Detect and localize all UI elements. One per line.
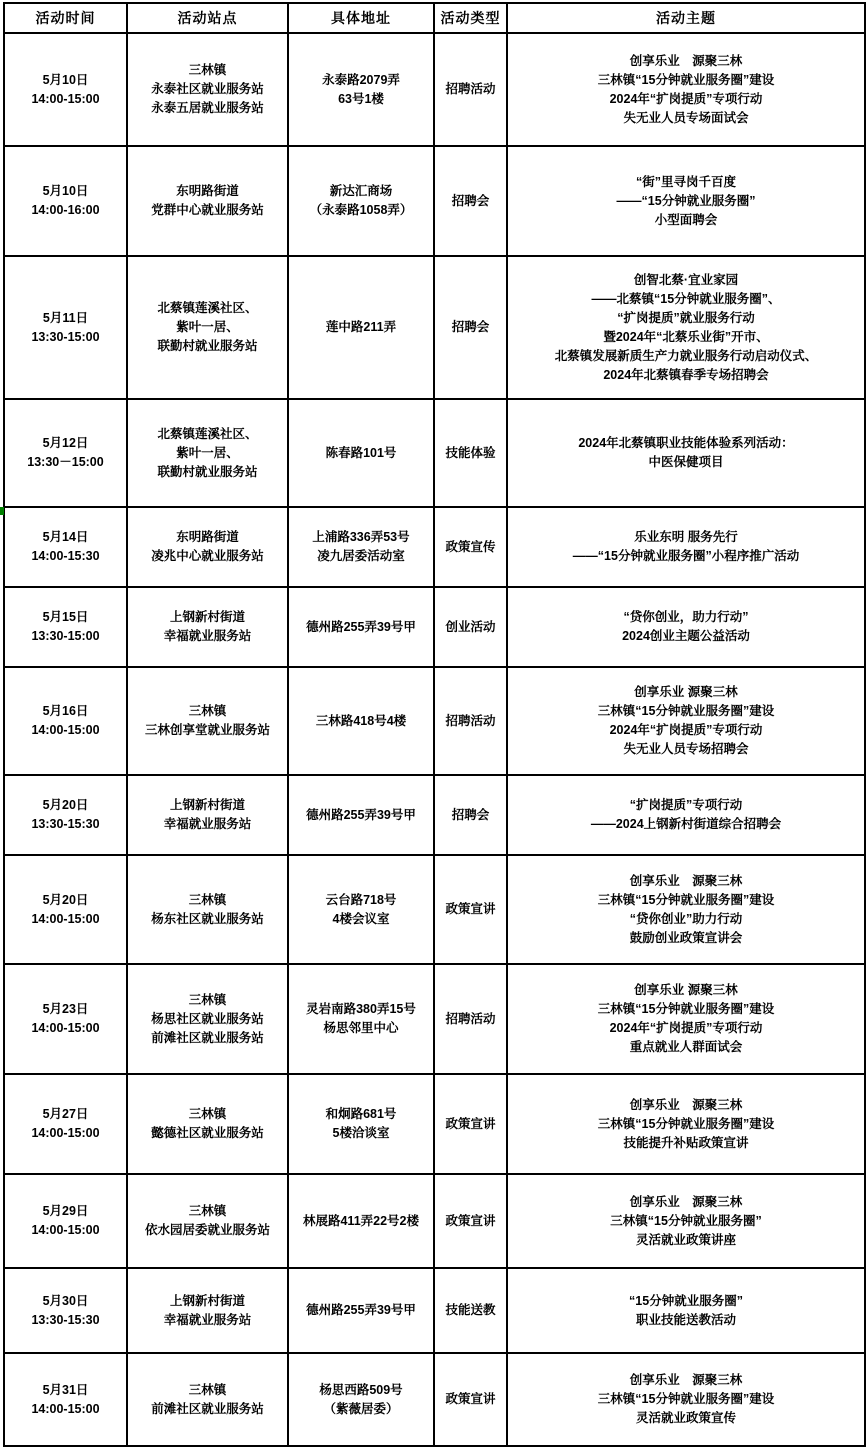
cell-address: 德州路255弄39号甲 [288,775,434,855]
cell-line: 13:30-15:00 [8,328,123,347]
cell-line: 联勤村就业服务站 [131,337,284,356]
cell-line: 5月23日 [8,1000,123,1019]
cell-line: 重点就业人群面试会 [511,1038,861,1057]
cell-time: 5月10日14:00-15:00 [4,33,127,146]
cell-line: ——2024上钢新村街道综合招聘会 [511,815,861,834]
cell-line: 招聘活动 [438,1010,503,1029]
cell-line: 创享乐业 源聚三林 [511,872,861,891]
cell-site: 三林镇依水园居委就业服务站 [127,1174,288,1268]
cell-line: 14:00-15:00 [8,721,123,740]
cell-line: 上浦路336弄53号 [292,528,430,547]
cell-address: 林展路411弄22号2楼 [288,1174,434,1268]
cell-line: 三林镇 [131,1381,284,1400]
cell-address: 德州路255弄39号甲 [288,1268,434,1353]
cell-line: 4楼会议室 [292,910,430,929]
cell-line: 小型面聘会 [511,211,861,230]
cell-theme: 乐业东明 服务先行——“15分钟就业服务圈”小程序推广活动 [507,507,865,587]
cell-line: 上钢新村街道 [131,608,284,627]
cell-line: 三林镇“15分钟就业服务圈”建设 [511,71,861,90]
table-body: 5月10日14:00-15:00三林镇永泰社区就业服务站永泰五居就业服务站永泰路… [4,33,865,1446]
cell-type: 政策宣讲 [434,1174,507,1268]
table-row: 5月27日14:00-15:00三林镇懿德社区就业服务站和炯路681号5楼洽谈室… [4,1074,865,1174]
cell-line: 招聘会 [438,318,503,337]
cell-line: 14:00-15:00 [8,1124,123,1143]
cell-type: 政策宣讲 [434,1353,507,1446]
cell-time: 5月23日14:00-15:00 [4,964,127,1074]
cell-line: 幸福就业服务站 [131,627,284,646]
cell-line: 上钢新村街道 [131,1292,284,1311]
cell-line: （紫薇居委） [292,1400,430,1419]
cell-line: 14:00-15:00 [8,910,123,929]
cell-address: 新达汇商场（永泰路1058弄） [288,146,434,256]
cell-theme: 创享乐业 源聚三林三林镇“15分钟就业服务圈”建设“贷你创业”助力行动鼓励创业政… [507,855,865,964]
cell-site: 三林镇杨思社区就业服务站前滩社区就业服务站 [127,964,288,1074]
cell-line: 5月27日 [8,1105,123,1124]
cell-time: 5月20日14:00-15:00 [4,855,127,964]
cell-line: 三林镇 [131,1105,284,1124]
cell-time: 5月10日14:00-16:00 [4,146,127,256]
cell-line: 5月10日 [8,182,123,201]
cell-line: 紫叶一居、 [131,318,284,337]
cell-line: 杨东社区就业服务站 [131,910,284,929]
table-row: 5月10日14:00-15:00三林镇永泰社区就业服务站永泰五居就业服务站永泰路… [4,33,865,146]
cell-line: 灵活就业政策讲座 [511,1231,861,1250]
cell-address: 三林路418号4楼 [288,667,434,775]
cell-line: 政策宣讲 [438,900,503,919]
cell-line: 杨思邻里中心 [292,1019,430,1038]
cell-time: 5月12日13:30－15:00 [4,399,127,507]
document-sheet: 活动时间 活动站点 具体地址 活动类型 活动主题 5月10日14:00-15:0… [0,2,866,1454]
cell-time: 5月14日14:00-15:30 [4,507,127,587]
cell-address: 和炯路681号5楼洽谈室 [288,1074,434,1174]
header-activity-type: 活动类型 [434,3,507,33]
cell-line: 13:30－15:00 [8,453,123,472]
cell-line: 5月12日 [8,434,123,453]
cell-line: “街”里寻岗千百度 [511,173,861,192]
cell-theme: 创享乐业 源聚三林三林镇“15分钟就业服务圈”建设灵活就业政策宣传 [507,1353,865,1446]
cell-line: 东明路街道 [131,528,284,547]
cell-address: 永泰路2079弄63号1楼 [288,33,434,146]
cell-type: 招聘活动 [434,33,507,146]
cell-line: 招聘会 [438,806,503,825]
table-row: 5月14日14:00-15:30东明路街道凌兆中心就业服务站上浦路336弄53号… [4,507,865,587]
cell-line: 三林镇“15分钟就业服务圈”建设 [511,702,861,721]
cell-type: 技能体验 [434,399,507,507]
cell-line: 14:00-15:30 [8,547,123,566]
cell-address: 杨思西路509号（紫薇居委） [288,1353,434,1446]
table-row: 5月12日13:30－15:00北蔡镇莲溪社区、紫叶一居、联勤村就业服务站陈春路… [4,399,865,507]
cell-address: 德州路255弄39号甲 [288,587,434,667]
cell-line: 幸福就业服务站 [131,1311,284,1330]
cell-line: 2024年“扩岗提质”专项行动 [511,90,861,109]
cell-line: 永泰社区就业服务站 [131,80,284,99]
cell-time: 5月30日13:30-15:30 [4,1268,127,1353]
cell-type: 政策宣讲 [434,855,507,964]
cell-site: 三林镇前滩社区就业服务站 [127,1353,288,1446]
cell-line: 紫叶一居、 [131,444,284,463]
cell-line: 技能提升补贴政策宣讲 [511,1134,861,1153]
cell-line: 三林镇“15分钟就业服务圈” [511,1212,861,1231]
cell-time: 5月27日14:00-15:00 [4,1074,127,1174]
cell-theme: “扩岗提质”专项行动——2024上钢新村街道综合招聘会 [507,775,865,855]
cell-line: 凌兆中心就业服务站 [131,547,284,566]
cell-address: 上浦路336弄53号凌九居委活动室 [288,507,434,587]
cell-line: 凌九居委活动室 [292,547,430,566]
cell-line: 63号1楼 [292,90,430,109]
cell-line: 前滩社区就业服务站 [131,1029,284,1048]
table-row: 5月15日13:30-15:00上钢新村街道幸福就业服务站德州路255弄39号甲… [4,587,865,667]
cell-line: 5月30日 [8,1292,123,1311]
cell-line: ——北蔡镇“15分钟就业服务圈”、 [511,290,861,309]
cell-line: 三林创享堂就业服务站 [131,721,284,740]
cell-line: 5月15日 [8,608,123,627]
cell-line: 5月16日 [8,702,123,721]
cell-line: 5月10日 [8,71,123,90]
cell-line: 5月29日 [8,1202,123,1221]
cell-line: 2024年“扩岗提质”专项行动 [511,1019,861,1038]
cell-line: 陈春路101号 [292,444,430,463]
cell-theme: “贷你创业，助力行动”2024创业主题公益活动 [507,587,865,667]
cell-line: 新达汇商场 [292,182,430,201]
cell-line: 三林镇“15分钟就业服务圈”建设 [511,891,861,910]
cell-time: 5月29日14:00-15:00 [4,1174,127,1268]
cell-line: 北蔡镇莲溪社区、 [131,425,284,444]
cell-line: 5月20日 [8,891,123,910]
cell-line: 政策宣传 [438,538,503,557]
header-activity-time: 活动时间 [4,3,127,33]
table-row: 5月16日14:00-15:00三林镇三林创享堂就业服务站三林路418号4楼招聘… [4,667,865,775]
cell-theme: 创智北蔡·宜业家园——北蔡镇“15分钟就业服务圈”、“扩岗提质”就业服务行动暨2… [507,256,865,399]
cell-line: 德州路255弄39号甲 [292,1301,430,1320]
table-row: 5月11日13:30-15:00北蔡镇莲溪社区、紫叶一居、联勤村就业服务站莲中路… [4,256,865,399]
cell-time: 5月11日13:30-15:00 [4,256,127,399]
cell-line: 中医保健项目 [511,453,861,472]
cell-site: 三林镇杨东社区就业服务站 [127,855,288,964]
cell-line: 云台路718号 [292,891,430,910]
cell-line: 创享乐业 源聚三林 [511,52,861,71]
cell-site: 东明路街道凌兆中心就业服务站 [127,507,288,587]
header-activity-site: 活动站点 [127,3,288,33]
cell-site: 北蔡镇莲溪社区、紫叶一居、联勤村就业服务站 [127,399,288,507]
table-row: 5月23日14:00-15:00三林镇杨思社区就业服务站前滩社区就业服务站灵岩南… [4,964,865,1074]
cell-type: 技能送教 [434,1268,507,1353]
cell-line: 5月20日 [8,796,123,815]
cell-line: 杨思西路509号 [292,1381,430,1400]
cell-site: 三林镇懿德社区就业服务站 [127,1074,288,1174]
cell-line: 13:30-15:00 [8,627,123,646]
cell-theme: “街”里寻岗千百度——“15分钟就业服务圈”小型面聘会 [507,146,865,256]
cell-line: 招聘会 [438,192,503,211]
cell-line: 14:00-15:00 [8,1221,123,1240]
cell-time: 5月16日14:00-15:00 [4,667,127,775]
cell-line: 创智北蔡·宜业家园 [511,271,861,290]
cell-line: 灵活就业政策宣传 [511,1409,861,1428]
cell-line: 和炯路681号 [292,1105,430,1124]
cell-theme: 创享乐业 源聚三林三林镇“15分钟就业服务圈”建设2024年“扩岗提质”专项行动… [507,667,865,775]
cell-site: 东明路街道党群中心就业服务站 [127,146,288,256]
cell-line: 5月11日 [8,309,123,328]
cell-line: 创享乐业 源聚三林 [511,683,861,702]
cell-line: 招聘活动 [438,712,503,731]
cell-line: 北蔡镇莲溪社区、 [131,299,284,318]
cell-line: 创享乐业 源聚三林 [511,1096,861,1115]
cell-line: 联勤村就业服务站 [131,463,284,482]
table-row: 5月30日13:30-15:30上钢新村街道幸福就业服务站德州路255弄39号甲… [4,1268,865,1353]
cell-line: 党群中心就业服务站 [131,201,284,220]
cell-line: 创享乐业 源聚三林 [511,1193,861,1212]
cell-line: 三林镇 [131,991,284,1010]
cell-theme: “15分钟就业服务圈”职业技能送教活动 [507,1268,865,1353]
cell-line: 政策宣讲 [438,1115,503,1134]
cell-line: ——“15分钟就业服务圈” [511,192,861,211]
cell-line: 13:30-15:30 [8,815,123,834]
cell-line: 14:00-15:00 [8,1400,123,1419]
cell-line: 幸福就业服务站 [131,815,284,834]
cell-line: 北蔡镇发展新质生产力就业服务行动启动仪式、 [511,347,861,366]
cell-line: 创享乐业 源聚三林 [511,1371,861,1390]
cell-line: 三林镇 [131,1202,284,1221]
cell-theme: 创享乐业 源聚三林三林镇“15分钟就业服务圈”建设2024年“扩岗提质”专项行动… [507,33,865,146]
cell-line: 灵岩南路380弄15号 [292,1000,430,1019]
cell-line: 三林镇 [131,891,284,910]
cell-site: 三林镇永泰社区就业服务站永泰五居就业服务站 [127,33,288,146]
cell-line: 上钢新村街道 [131,796,284,815]
cell-line: 14:00-15:00 [8,1019,123,1038]
cell-line: 懿德社区就业服务站 [131,1124,284,1143]
cell-type: 政策宣传 [434,507,507,587]
cell-address: 灵岩南路380弄15号杨思邻里中心 [288,964,434,1074]
cell-line: 德州路255弄39号甲 [292,806,430,825]
cell-time: 5月15日13:30-15:00 [4,587,127,667]
cell-line: 2024年北蔡镇春季专场招聘会 [511,366,861,385]
table-row: 5月29日14:00-15:00三林镇依水园居委就业服务站林展路411弄22号2… [4,1174,865,1268]
cell-site: 北蔡镇莲溪社区、紫叶一居、联勤村就业服务站 [127,256,288,399]
cell-line: 创业活动 [438,618,503,637]
header-address: 具体地址 [288,3,434,33]
table-row: 5月31日14:00-15:00三林镇前滩社区就业服务站杨思西路509号（紫薇居… [4,1353,865,1446]
cell-theme: 创享乐业 源聚三林三林镇“15分钟就业服务圈”灵活就业政策讲座 [507,1174,865,1268]
table-row: 5月20日14:00-15:00三林镇杨东社区就业服务站云台路718号4楼会议室… [4,855,865,964]
cell-line: 三林路418号4楼 [292,712,430,731]
cell-line: 技能体验 [438,444,503,463]
cell-line: 13:30-15:30 [8,1311,123,1330]
cell-line: 三林镇 [131,61,284,80]
cell-type: 创业活动 [434,587,507,667]
cell-line: 5楼洽谈室 [292,1124,430,1143]
cell-site: 上钢新村街道幸福就业服务站 [127,775,288,855]
cell-address: 云台路718号4楼会议室 [288,855,434,964]
cell-line: 招聘活动 [438,80,503,99]
cell-line: 三林镇“15分钟就业服务圈”建设 [511,1000,861,1019]
cell-type: 招聘会 [434,775,507,855]
cell-address: 莲中路211弄 [288,256,434,399]
cell-line: 失无业人员专场面试会 [511,109,861,128]
cell-line: “贷你创业”助力行动 [511,910,861,929]
green-edge-artifact [0,507,4,515]
cell-line: “扩岗提质”就业服务行动 [511,309,861,328]
table-row: 5月10日14:00-16:00东明路街道党群中心就业服务站新达汇商场（永泰路1… [4,146,865,256]
cell-type: 招聘会 [434,146,507,256]
cell-line: 14:00-16:00 [8,201,123,220]
cell-line: “扩岗提质”专项行动 [511,796,861,815]
cell-line: 创享乐业 源聚三林 [511,981,861,1000]
cell-line: 三林镇 [131,702,284,721]
table-row: 5月20日13:30-15:30上钢新村街道幸福就业服务站德州路255弄39号甲… [4,775,865,855]
cell-line: 德州路255弄39号甲 [292,618,430,637]
cell-site: 上钢新村街道幸福就业服务站 [127,587,288,667]
cell-line: 永泰路2079弄 [292,71,430,90]
cell-address: 陈春路101号 [288,399,434,507]
cell-line: 东明路街道 [131,182,284,201]
cell-line: 2024年“扩岗提质”专项行动 [511,721,861,740]
activity-schedule-table: 活动时间 活动站点 具体地址 活动类型 活动主题 5月10日14:00-15:0… [3,2,866,1447]
cell-type: 政策宣讲 [434,1074,507,1174]
cell-line: 5月14日 [8,528,123,547]
cell-line: ——“15分钟就业服务圈”小程序推广活动 [511,547,861,566]
cell-line: 技能送教 [438,1301,503,1320]
cell-line: 暨2024年“北蔡乐业街”开市、 [511,328,861,347]
cell-time: 5月31日14:00-15:00 [4,1353,127,1446]
cell-line: 莲中路211弄 [292,318,430,337]
cell-line: 2024创业主题公益活动 [511,627,861,646]
cell-theme: 创享乐业 源聚三林三林镇“15分钟就业服务圈”建设2024年“扩岗提质”专项行动… [507,964,865,1074]
cell-line: 5月31日 [8,1381,123,1400]
cell-line: 三林镇“15分钟就业服务圈”建设 [511,1390,861,1409]
cell-line: 林展路411弄22号2楼 [292,1212,430,1231]
cell-type: 招聘会 [434,256,507,399]
cell-line: 乐业东明 服务先行 [511,528,861,547]
cell-line: 永泰五居就业服务站 [131,99,284,118]
cell-line: 职业技能送教活动 [511,1311,861,1330]
cell-time: 5月20日13:30-15:30 [4,775,127,855]
cell-theme: 2024年北蔡镇职业技能体验系列活动：中医保健项目 [507,399,865,507]
cell-line: 依水园居委就业服务站 [131,1221,284,1240]
cell-line: 14:00-15:00 [8,90,123,109]
cell-line: 2024年北蔡镇职业技能体验系列活动： [511,434,861,453]
cell-line: 政策宣讲 [438,1390,503,1409]
cell-line: 鼓励创业政策宣讲会 [511,929,861,948]
cell-line: “贷你创业，助力行动” [511,608,861,627]
cell-line: “15分钟就业服务圈” [511,1292,861,1311]
cell-line: （永泰路1058弄） [292,201,430,220]
cell-line: 三林镇“15分钟就业服务圈”建设 [511,1115,861,1134]
cell-site: 三林镇三林创享堂就业服务站 [127,667,288,775]
cell-type: 招聘活动 [434,667,507,775]
cell-line: 杨思社区就业服务站 [131,1010,284,1029]
cell-line: 政策宣讲 [438,1212,503,1231]
header-activity-theme: 活动主题 [507,3,865,33]
cell-line: 前滩社区就业服务站 [131,1400,284,1419]
header-row: 活动时间 活动站点 具体地址 活动类型 活动主题 [4,3,865,33]
cell-theme: 创享乐业 源聚三林三林镇“15分钟就业服务圈”建设技能提升补贴政策宣讲 [507,1074,865,1174]
cell-line: 失无业人员专场招聘会 [511,740,861,759]
cell-type: 招聘活动 [434,964,507,1074]
cell-site: 上钢新村街道幸福就业服务站 [127,1268,288,1353]
